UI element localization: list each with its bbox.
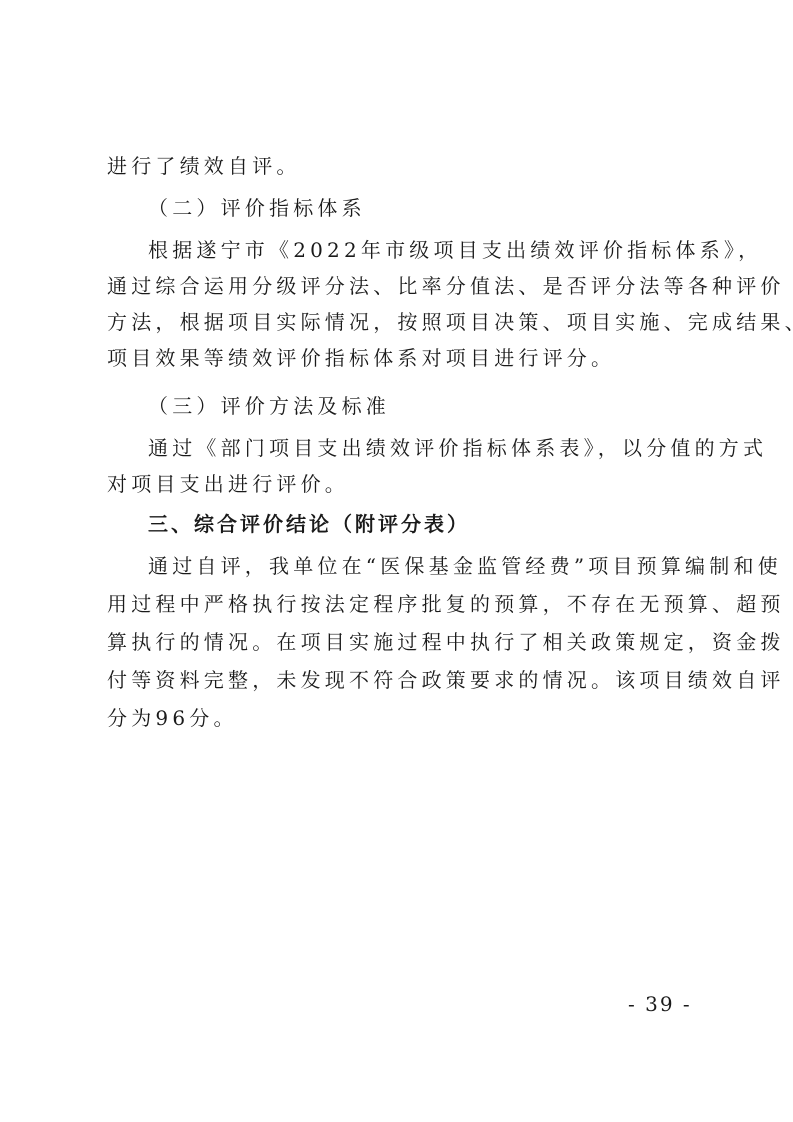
subheading-line: （二）评价指标体系 bbox=[148, 194, 366, 222]
page-number: - 39 - bbox=[628, 990, 692, 1018]
paragraph-line: 项目效果等绩效评价指标体系对项目进行评分。 bbox=[107, 344, 615, 372]
paragraph-line: 方法，根据项目实际情况，按照项目决策、项目实施、完成结果、 bbox=[107, 308, 793, 336]
paragraph-line: 根据遂宁市《2022年市级项目支出绩效评价指标体系》， bbox=[148, 236, 762, 264]
paragraph-line: 通过《部门项目支出绩效评价指标体系表》，以分值的方式 bbox=[148, 434, 767, 462]
subheading-line: （三）评价方法及标准 bbox=[148, 392, 390, 420]
paragraph-line: 通过自评，我单位在“医保基金监管经费”项目预算编制和使 bbox=[148, 552, 782, 580]
paragraph-line: 算执行的情况。在项目实施过程中执行了相关政策规定，资金拨 bbox=[107, 628, 785, 656]
heading-line: 三、综合评价结论（附评分表） bbox=[148, 510, 470, 538]
paragraph-line: 付等资料完整，未发现不符合政策要求的情况。该项目绩效自评 bbox=[107, 666, 785, 694]
paragraph-line: 分为96分。 bbox=[107, 704, 238, 732]
paragraph-line: 用过程中严格执行按法定程序批复的预算，不存在无预算、超预 bbox=[107, 590, 785, 618]
paragraph-line: 通过综合运用分级评分法、比率分值法、是否评分法等各种评价 bbox=[107, 272, 785, 300]
paragraph-line: 对项目支出进行评价。 bbox=[107, 470, 349, 498]
paragraph-line: 进行了绩效自评。 bbox=[107, 152, 301, 180]
